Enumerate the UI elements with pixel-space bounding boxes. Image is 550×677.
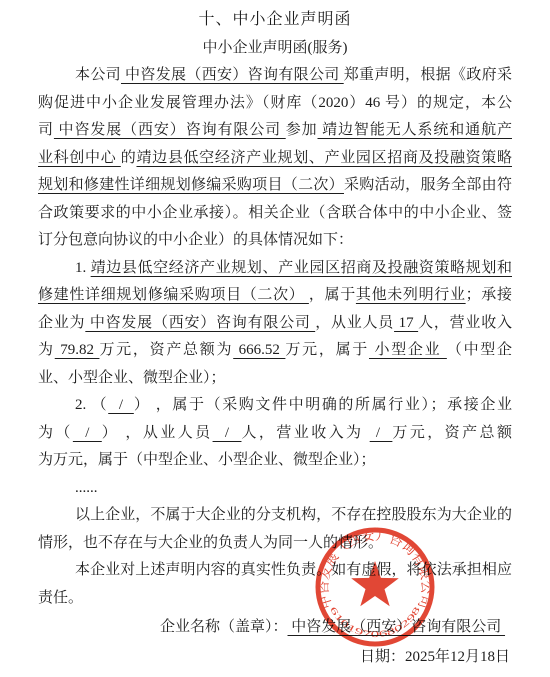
underlined-value: 业科创中心	[38, 150, 121, 166]
body-line-4: 业科创中心 的靖边县低空经济产业规划、产业园区招商及投融资策略	[38, 145, 512, 173]
underlined-value: /	[213, 425, 242, 441]
body-line-13: 2. （ / ） ，属于（采购文件中明确的所属行业）；承接企业	[38, 392, 512, 420]
text-run: ） ，属于（采购文件中明确的所属行业）；承接企业	[134, 397, 512, 413]
text-run: 万元，资产总额为	[99, 342, 233, 358]
text-run: 参加	[286, 122, 318, 138]
body-line-14: 为（ / ） ，从业人员 / 人，营业收入为 / 万元，资产总额	[38, 420, 512, 448]
text-run: ，属于	[309, 287, 356, 303]
body-line-6: 合政策要求的中小企业承接）。相关企业（含联合体中的中小企业、签	[38, 200, 512, 228]
underlined-value: 小型企业	[369, 342, 447, 358]
body-line-8: 1. 靖边县低空经济产业规划、产业园区招商及投融资策略规划和	[38, 255, 512, 283]
text-run: 订分包意向协议的中小企业）的具体情况如下：	[38, 232, 353, 248]
underlined-value: /	[370, 425, 393, 441]
body-line-12: 业、小型企业、微型企业）；	[38, 365, 512, 393]
text-run: 的	[121, 150, 137, 166]
body-line-19: 本企业对上述声明内容的真实性负责。如有虚假，将依法承担相应	[38, 557, 512, 585]
text-run: ，从业人员	[315, 315, 394, 331]
text-run: 为万元，属于（中型企业、小型企业、微型企业）；	[38, 452, 376, 468]
text-run: （中型企	[447, 342, 512, 358]
text-run: 万元，属于	[285, 342, 369, 358]
doc-subtitle: 中小企业声明函(服务)	[38, 34, 512, 62]
text-run: 1.	[75, 260, 91, 276]
date-line: 日期：2025年12月18日	[38, 642, 512, 672]
text-run: ；承接	[466, 287, 512, 303]
text-run: 为	[38, 342, 55, 358]
text-run: 业、小型企业、微型企业）；	[38, 370, 226, 386]
underlined-value: 靖边智能无人系统和通航产	[318, 122, 512, 138]
body-line-2: 购促进中小企业发展管理办法》（财库（2020）46 号）的规定，本公	[38, 90, 512, 118]
company-name-label: 企业名称（盖章）：	[160, 619, 288, 635]
body-line-5: 规划和修建性详细规划修编采购项目（二次）采购活动，服务全部由符	[38, 172, 512, 200]
body-line-16: ......	[38, 475, 512, 503]
body-line-3: 司 中咨发展（西安）咨询有限公司 参加 靖边智能无人系统和通航产	[38, 117, 512, 145]
text-run: 本公司	[75, 67, 121, 83]
underlined-value: 修建性详细规划修编采购项目（二次）	[38, 287, 309, 303]
text-run: 郑重声明，根据《政府采	[344, 67, 512, 83]
body-line-20: 责任。	[38, 585, 512, 613]
text-run: 本企业对上述声明内容的真实性负责。如有虚假，将依法承担相应	[75, 562, 512, 578]
text-run: 司	[38, 122, 54, 138]
underlined-value: 666.52	[233, 342, 285, 358]
underlined-value: 79.82	[55, 342, 100, 358]
body-line-18: 情形，也不存在与大企业的负责人为同一人的情形。	[38, 530, 512, 558]
underlined-value: 中咨发展（西安）咨询有限公司	[85, 315, 315, 331]
text-run: 购促进中小企业发展管理办法》（财库（2020）46 号）的规定，本公	[38, 95, 512, 111]
body-line-1: 本公司 中咨发展（西安）咨询有限公司 郑重声明，根据《政府采	[38, 62, 512, 90]
body-line-11: 为 79.82 万元，资产总额为 666.52 万元，属于 小型企业 （中型企	[38, 337, 512, 365]
body-line-17: 以上企业，不属于大企业的分支机构，不存在控股股东为大企业的	[38, 502, 512, 530]
text-run: 万元，资产总额	[392, 425, 512, 441]
text-run: 采购活动，服务全部由符	[344, 177, 512, 193]
document-body: 本公司 中咨发展（西安）咨询有限公司 郑重声明，根据《政府采购促进中小企业发展管…	[38, 62, 512, 612]
underlined-value: 规划和修建性详细规划修编采购项目（二次）	[38, 177, 344, 193]
text-run: 情形，也不存在与大企业的负责人为同一人的情形。	[38, 535, 383, 551]
body-line-10: 企业为 中咨发展（西安）咨询有限公司 ，从业人员 17 人，营业收入	[38, 310, 512, 338]
text-run: 责任。	[38, 590, 83, 606]
text-run: 企业为	[38, 315, 85, 331]
body-line-7: 订分包意向协议的中小企业）的具体情况如下：	[38, 227, 512, 255]
text-run: 以上企业，不属于大企业的分支机构，不存在控股股东为大企业的	[75, 507, 512, 523]
text-run: 为（	[38, 425, 73, 441]
underlined-value: 其他未列明行业	[356, 287, 466, 303]
underlined-value: 中咨发展（西安）咨询有限公司	[54, 122, 286, 138]
text-run: 2. （	[75, 397, 108, 413]
text-run: ） ，从业人员	[102, 425, 213, 441]
body-line-15: 为万元，属于（中型企业、小型企业、微型企业）；	[38, 447, 512, 475]
text-run: 人，营业收入为	[241, 425, 369, 441]
underlined-value: 靖边县低空经济产业规划、产业园区招商及投融资策略	[136, 150, 512, 166]
signature-line: 企业名称（盖章）： 中咨发展（西安）咨询有限公司	[38, 612, 512, 642]
text-run: ......	[75, 480, 98, 496]
underlined-value: 靖边县低空经济产业规划、产业园区招商及投融资策略规划和	[91, 260, 512, 276]
text-run: 人，营业收入	[418, 315, 512, 331]
body-line-9: 修建性详细规划修编采购项目（二次） ，属于其他未列明行业；承接	[38, 282, 512, 310]
underlined-value: 17	[394, 315, 418, 331]
declaration-document: 十、中小企业声明函 中小企业声明函(服务) 本公司 中咨发展（西安）咨询有限公司…	[0, 0, 550, 677]
underlined-value: 中咨发展（西安）咨询有限公司	[121, 67, 344, 83]
text-run: 合政策要求的中小企业承接）。相关企业（含联合体中的中小企业、签	[38, 205, 512, 221]
underlined-value: /	[108, 397, 134, 413]
page-title: 十、中小企业声明函	[38, 6, 512, 34]
underlined-value: /	[73, 425, 102, 441]
company-name-value: 中咨发展（西安）咨询有限公司	[288, 619, 506, 635]
